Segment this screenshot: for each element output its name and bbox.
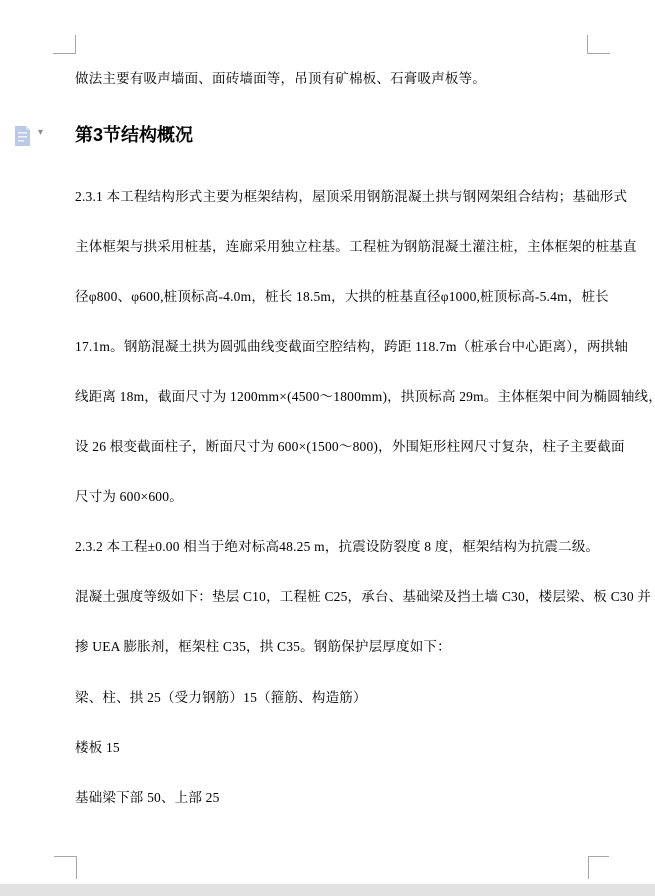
margin-style-marker[interactable]: ▾ <box>12 124 52 150</box>
paragraph-line: 做法主要有吸声墙面、面砖墙面等，吊顶有矿棉板、石膏吸声板等。 <box>75 69 589 89</box>
text-boundary-mark-bottom-left <box>54 856 77 879</box>
text-boundary-mark-top-right <box>587 35 610 54</box>
page-edge-band <box>0 884 655 896</box>
section-heading: 第3节结构概况 <box>75 123 193 147</box>
dropdown-arrow-icon[interactable]: ▾ <box>38 128 43 138</box>
paragraph-line: 17.1m。钢筋混凝土拱为圆弧曲线变截面空腔结构，跨距 118.7m（桩承台中心… <box>75 337 589 357</box>
paragraph-line: 掺 UEA 膨胀剂，框架柱 C35，拱 C35。钢筋保护层厚度如下： <box>75 637 589 657</box>
paragraph-line: 楼板 15 <box>75 738 589 758</box>
paragraph-line: 径φ800、φ600,桩顶标高-4.0m，桩长 18.5m，大拱的桩基直径φ10… <box>75 287 589 307</box>
paragraph-line: 线距离 18m，截面尺寸为 1200mm×(4500～1800mm)，拱顶标高 … <box>75 387 589 407</box>
paragraph-line: 2.3.1 本工程结构形式主要为框架结构，屋顶采用钢筋混凝土拱与钢网架组合结构；… <box>75 187 589 207</box>
text-boundary-mark-top-left <box>53 35 76 54</box>
document-page: ▾ 做法主要有吸声墙面、面砖墙面等，吊顶有矿棉板、石膏吸声板等。 第3节结构概况… <box>0 0 655 896</box>
paragraph-line: 混凝土强度等级如下：垫层 C10，工程桩 C25，承台、基础梁及挡土墙 C30，… <box>75 587 589 607</box>
paragraph-line: 基础梁下部 50、上部 25 <box>75 788 589 808</box>
paragraph-line: 主体框架与拱采用桩基，连廊采用独立柱基。工程桩为钢筋混凝土灌注桩，主体框架的桩基… <box>75 237 589 257</box>
paragraph-line: 梁、柱、拱 25（受力钢筋）15（箍筋、构造筋） <box>75 688 589 708</box>
text-boundary-mark-bottom-right <box>588 856 609 879</box>
paragraph-line: 尺寸为 600×600。 <box>75 487 589 507</box>
paragraph-line: 2.3.2 本工程±0.00 相当于绝对标高48.25 m，抗震设防裂度 8 度… <box>75 537 589 557</box>
paragraph-line: 设 26 根变截面柱子，断面尺寸为 600×(1500～800)，外围矩形柱网尺… <box>75 437 589 457</box>
